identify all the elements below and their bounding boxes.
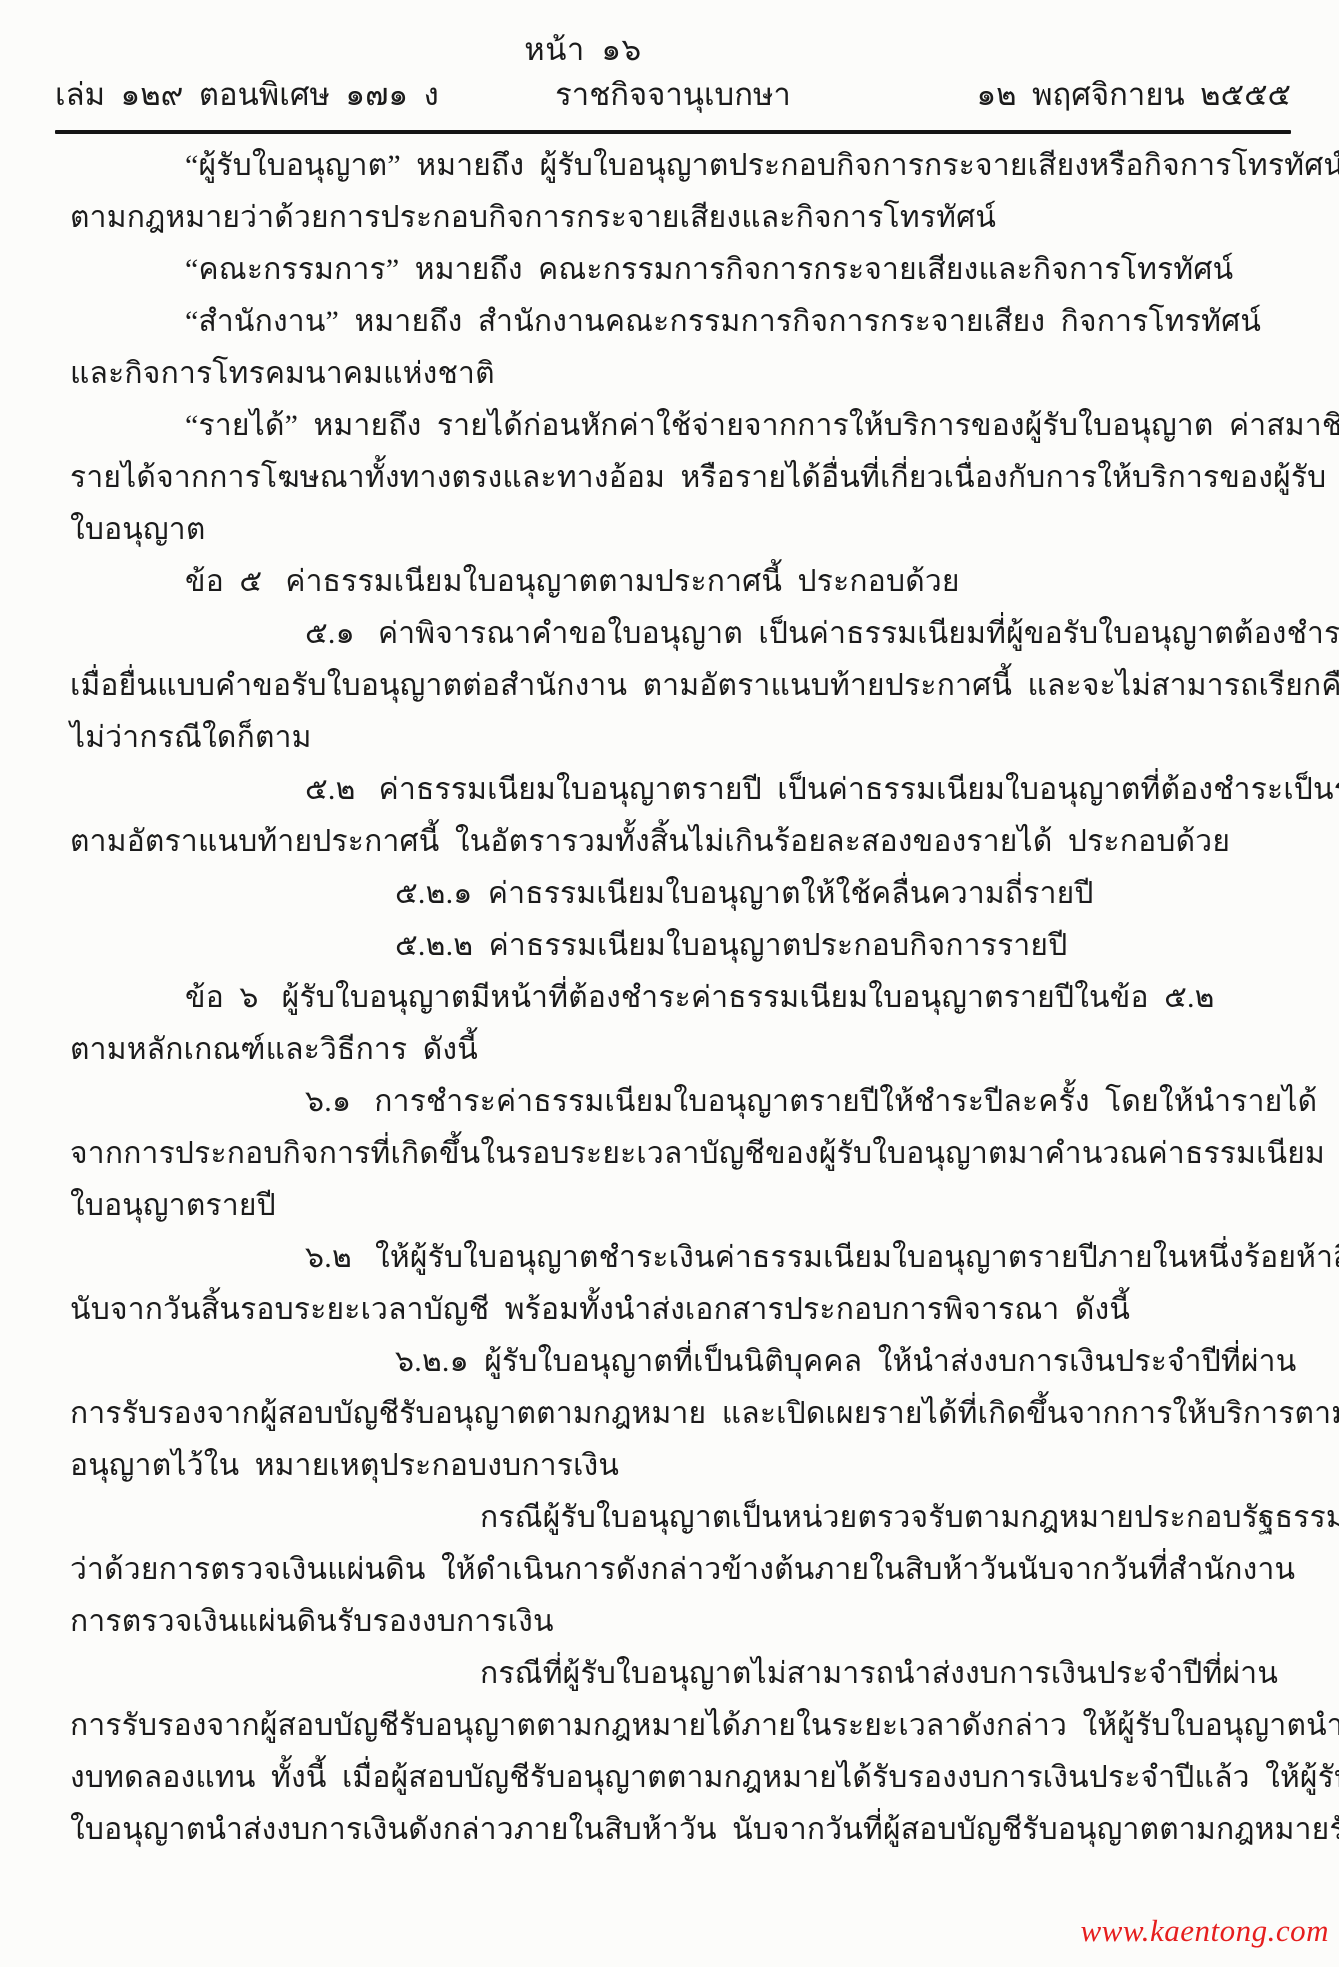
text-line: จากการประกอบกิจการที่เกิดขึ้นในรอบระยะเว… (70, 1128, 1291, 1180)
text-line: ข้อ ๕ ค่าธรรมเนียมใบอนุญาตตามประกาศนี้ ป… (70, 556, 1291, 608)
text-line: เมื่อยื่นแบบคำขอรับใบอนุญาตต่อสำนักงาน ต… (70, 660, 1291, 712)
text-line: ไม่ว่ากรณีใดก็ตาม (70, 712, 1291, 764)
text-line: การรับรองจากผู้สอบบัญชีรับอนุญาตตามกฎหมา… (70, 1388, 1291, 1440)
text-line: ใบอนุญาตนำส่งงบการเงินดังกล่าวภายในสิบห้… (70, 1804, 1291, 1856)
volume-info: เล่ม ๑๒๙ ตอนพิเศษ ๑๗๑ ง (55, 74, 515, 116)
text-line: รายได้จากการโฆษณาทั้งทางตรงและทางอ้อม หร… (70, 452, 1291, 504)
text-line: ๖.๒ ให้ผู้รับใบอนุญาตชำระเงินค่าธรรมเนีย… (70, 1232, 1291, 1284)
text-line: งบทดลองแทน ทั้งนี้ เมื่อผู้สอบบัญชีรับอน… (70, 1752, 1291, 1804)
text-line: “รายได้” หมายถึง รายได้ก่อนหักค่าใช้จ่าย… (70, 400, 1291, 452)
text-line: ว่าด้วยการตรวจเงินแผ่นดิน ให้ดำเนินการดั… (70, 1544, 1291, 1596)
page-number: หน้า ๑๖ (0, 30, 1201, 70)
text-line: การตรวจเงินแผ่นดินรับรองงบการเงิน (70, 1596, 1291, 1648)
text-line: “สำนักงาน” หมายถึง สำนักงานคณะกรรมการกิจ… (70, 296, 1291, 348)
text-line: ๖.๑ การชำระค่าธรรมเนียมใบอนุญาตรายปีให้ช… (70, 1076, 1291, 1128)
text-line: ใบอนุญาต (70, 504, 1291, 556)
gazette-title: ราชกิจจานุเบกษา (515, 74, 831, 116)
header-row: เล่ม ๑๒๙ ตอนพิเศษ ๑๗๑ ง ราชกิจจานุเบกษา … (55, 74, 1291, 116)
text-line: “ผู้รับใบอนุญาต” หมายถึง ผู้รับใบอนุญาตป… (70, 140, 1291, 192)
text-line: นับจากวันสิ้นรอบระยะเวลาบัญชี พร้อมทั้งน… (70, 1284, 1291, 1336)
text-line: ตามกฎหมายว่าด้วยการประกอบกิจการกระจายเสี… (70, 192, 1291, 244)
issue-date: ๑๒ พฤศจิกายน ๒๕๕๕ (831, 74, 1291, 116)
text-line: ใบอนุญาตรายปี (70, 1180, 1291, 1232)
text-line: กรณีผู้รับใบอนุญาตเป็นหน่วยตรวจรับตามกฎห… (70, 1492, 1291, 1544)
text-line: ข้อ ๖ ผู้รับใบอนุญาตมีหน้าที่ต้องชำระค่า… (70, 972, 1291, 1024)
document-body: “ผู้รับใบอนุญาต” หมายถึง ผู้รับใบอนุญาตป… (55, 140, 1291, 1856)
text-line: ๖.๒.๑ ผู้รับใบอนุญาตที่เป็นนิติบุคคล ให้… (70, 1336, 1291, 1388)
text-line: กรณีที่ผู้รับใบอนุญาตไม่สามารถนำส่งงบการ… (70, 1648, 1291, 1700)
text-line: อนุญาตไว้ใน หมายเหตุประกอบงบการเงิน (70, 1440, 1291, 1492)
text-line: และกิจการโทรคมนาคมแห่งชาติ (70, 348, 1291, 400)
text-line: ๕.๒ ค่าธรรมเนียมใบอนุญาตรายปี เป็นค่าธรร… (70, 764, 1291, 816)
document-page: หน้า ๑๖ เล่ม ๑๒๙ ตอนพิเศษ ๑๗๑ ง ราชกิจจา… (0, 0, 1339, 1967)
watermark-url: www.kaentong.com (1080, 1913, 1329, 1949)
text-line: “คณะกรรมการ” หมายถึง คณะกรรมการกิจการกระ… (70, 244, 1291, 296)
text-line: ๕.๒.๒ ค่าธรรมเนียมใบอนุญาตประกอบกิจการรา… (70, 920, 1291, 972)
text-line: ๕.๑ ค่าพิจารณาคำขอใบอนุญาต เป็นค่าธรรมเน… (70, 608, 1291, 660)
text-line: ตามหลักเกณฑ์และวิธีการ ดังนี้ (70, 1024, 1291, 1076)
text-line: ตามอัตราแนบท้ายประกาศนี้ ในอัตรารวมทั้งส… (70, 816, 1291, 868)
header-divider (55, 130, 1291, 134)
text-line: ๕.๒.๑ ค่าธรรมเนียมใบอนุญาตให้ใช้คลื่นควา… (70, 868, 1291, 920)
gazette-header: หน้า ๑๖ เล่ม ๑๒๙ ตอนพิเศษ ๑๗๑ ง ราชกิจจา… (55, 30, 1291, 134)
text-line: การรับรองจากผู้สอบบัญชีรับอนุญาตตามกฎหมา… (70, 1700, 1291, 1752)
